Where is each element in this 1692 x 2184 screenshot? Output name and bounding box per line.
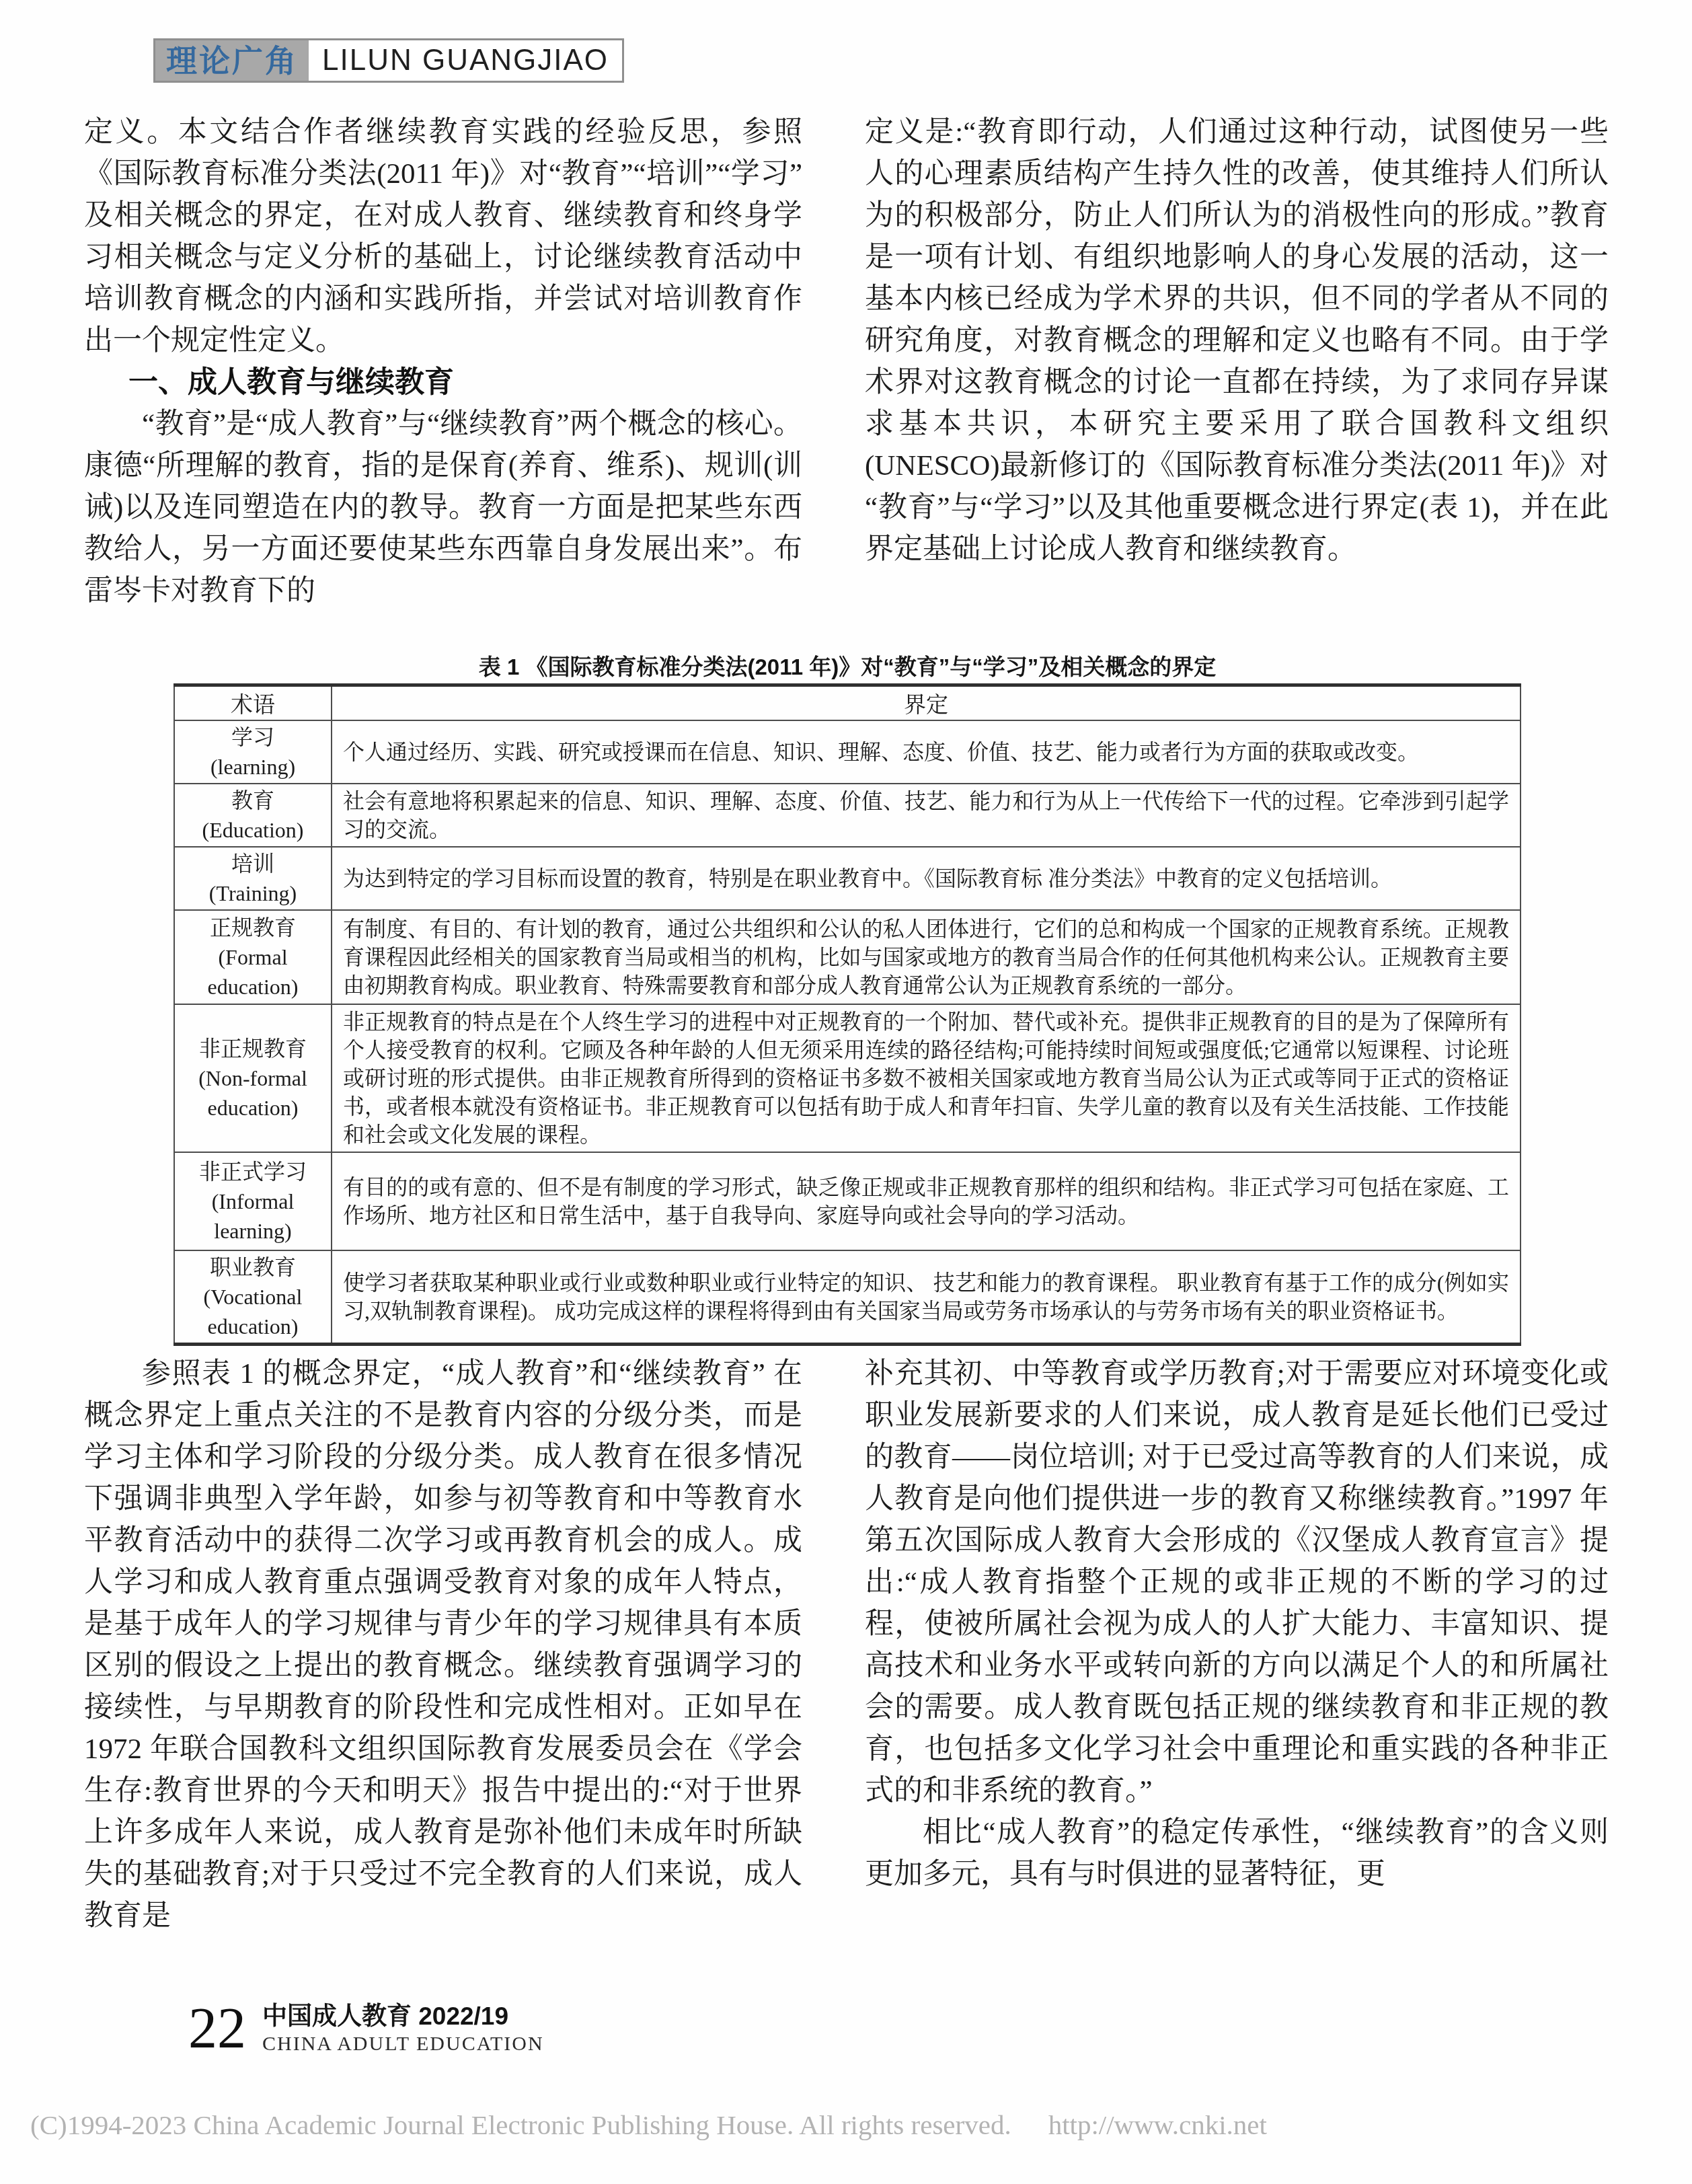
term-cell: 职业教育 (Vocational education) bbox=[174, 1250, 332, 1345]
term-english: (Education) bbox=[178, 815, 328, 845]
table-row: 正规教育 (Formal education) 有制度、有目的、有计划的教育，通… bbox=[174, 910, 1521, 1004]
journal-page: 理论广角 LILUN GUANGJIAO 定义。本文结合作者继续教育实践的经验反… bbox=[0, 0, 1692, 2184]
body-paragraph: 相比“成人教育”的稳定传承性，“继续教育”的含义则更加多元，具有与时俱进的显著特… bbox=[865, 1812, 1609, 1895]
table-header-term: 术语 bbox=[174, 685, 332, 721]
body-paragraph: 参照表 1 的概念界定，“成人教育”和“继续教育” 在概念界定上重点关注的不是教… bbox=[84, 1353, 802, 1937]
column-top-right: 定义是:“教育即行动，人们通过这种行动，试图使另一些人的心理素质结构产生持久性的… bbox=[865, 112, 1609, 570]
table-row: 职业教育 (Vocational education) 使学习者获取某种职业或行… bbox=[174, 1250, 1521, 1345]
table-caption: 表 1 《国际教育标准分类法(2011 年)》对“教育”与“学习”及相关概念的界… bbox=[174, 650, 1521, 681]
definition-cell: 有目的的或有意的、但不是有制度的学习形式，缺乏像正规或非正规教育那样的组织和结构… bbox=[332, 1152, 1521, 1250]
body-paragraph: 定义是:“教育即行动，人们通过这种行动，试图使另一些人的心理素质结构产生持久性的… bbox=[865, 112, 1609, 570]
term-chinese: 非正式学习 bbox=[178, 1157, 328, 1187]
table-row: 非正式学习 (Informal learning) 有目的的或有意的、但不是有制… bbox=[174, 1152, 1521, 1250]
term-chinese: 培训 bbox=[178, 849, 328, 878]
term-english: (Formal education) bbox=[178, 942, 328, 1002]
copyright-text: (C)1994-2023 China Academic Journal Elec… bbox=[30, 2108, 1011, 2142]
section-heading: 一、成人教育与继续教育 bbox=[84, 362, 802, 404]
journal-title-chinese: 中国成人教育 2022/19 bbox=[262, 2002, 544, 2031]
definition-cell: 社会有意地将积累起来的信息、知识、理解、态度、价值、技艺、能力和行为从上一代传给… bbox=[332, 784, 1521, 847]
definitions-table: 术语 界定 学习 (learning) 个人通过经历、实践、研究或授课而在信息、… bbox=[174, 683, 1521, 1346]
term-cell: 非正式学习 (Informal learning) bbox=[174, 1152, 332, 1250]
table-row: 学习 (learning) 个人通过经历、实践、研究或授课而在信息、知识、理解、… bbox=[174, 720, 1521, 784]
term-english: (learning) bbox=[178, 752, 328, 782]
term-cell: 培训 (Training) bbox=[174, 847, 332, 910]
term-chinese: 学习 bbox=[178, 722, 328, 752]
table-header-definition: 界定 bbox=[332, 685, 1521, 721]
body-paragraph: “教育”是“成人教育”与“继续教育”两个概念的核心。康德“所理解的教育，指的是保… bbox=[84, 404, 802, 612]
definition-cell: 个人通过经历、实践、研究或授课而在信息、知识、理解、态度、价值、技艺、能力或者行… bbox=[332, 720, 1521, 784]
term-cell: 非正规教育 (Non-formal education) bbox=[174, 1004, 332, 1152]
term-chinese: 职业教育 bbox=[178, 1252, 328, 1282]
abstract-continuation-paragraph: 定义。本文结合作者继续教育实践的经验反思，参照《国际教育标准分类法(2011 年… bbox=[84, 112, 802, 362]
term-chinese: 正规教育 bbox=[178, 913, 328, 942]
cnki-url: http://www.cnki.net bbox=[1048, 2108, 1267, 2142]
term-english: (Non-formal education) bbox=[178, 1063, 328, 1123]
section-badge: 理论广角 LILUN GUANGJIAO bbox=[153, 38, 624, 83]
definition-cell: 非正规教育的特点是在个人终生学习的进程中对正规教育的一个附加、替代或补充。提供非… bbox=[332, 1004, 1521, 1152]
table-row: 培训 (Training) 为达到特定的学习目标而设置的教育，特别是在职业教育中… bbox=[174, 847, 1521, 910]
copyright-line: (C)1994-2023 China Academic Journal Elec… bbox=[30, 2108, 1267, 2142]
term-english: (Informal learning) bbox=[178, 1187, 328, 1246]
body-paragraph: 补充其初、中等教育或学历教育;对于需要应对环境变化或职业发展新要求的人们来说，成… bbox=[865, 1353, 1609, 1812]
column-bottom-left: 参照表 1 的概念界定，“成人教育”和“继续教育” 在概念界定上重点关注的不是教… bbox=[84, 1353, 802, 1937]
page-footer: 22 中国成人教育 2022/19 CHINA ADULT EDUCATION bbox=[188, 1999, 544, 2057]
page-number: 22 bbox=[188, 1999, 246, 2057]
column-bottom-right: 补充其初、中等教育或学历教育;对于需要应对环境变化或职业发展新要求的人们来说，成… bbox=[865, 1353, 1609, 1895]
definition-cell: 使学习者获取某种职业或行业或数种职业或行业特定的知识、 技艺和能力的教育课程。 … bbox=[332, 1250, 1521, 1345]
section-badge-pinyin: LILUN GUANGJIAO bbox=[309, 40, 622, 81]
term-cell: 正规教育 (Formal education) bbox=[174, 910, 332, 1004]
term-english: (Vocational education) bbox=[178, 1282, 328, 1341]
term-english: (Training) bbox=[178, 878, 328, 908]
term-chinese: 非正规教育 bbox=[178, 1034, 328, 1063]
definition-cell: 为达到特定的学习目标而设置的教育，特别是在职业教育中。《国际教育标 准分类法》中… bbox=[332, 847, 1521, 910]
term-cell: 学习 (learning) bbox=[174, 720, 332, 784]
term-chinese: 教育 bbox=[178, 786, 328, 815]
journal-title-english: CHINA ADULT EDUCATION bbox=[262, 2031, 544, 2057]
table-header-row: 术语 界定 bbox=[174, 685, 1521, 721]
journal-title-block: 中国成人教育 2022/19 CHINA ADULT EDUCATION bbox=[262, 1999, 544, 2057]
column-top-left: 定义。本文结合作者继续教育实践的经验反思，参照《国际教育标准分类法(2011 年… bbox=[84, 112, 802, 612]
definition-cell: 有制度、有目的、有计划的教育，通过公共组织和公认的私人团体进行，它们的总和构成一… bbox=[332, 910, 1521, 1004]
section-badge-chinese: 理论广角 bbox=[155, 40, 309, 81]
table-row: 非正规教育 (Non-formal education) 非正规教育的特点是在个… bbox=[174, 1004, 1521, 1152]
term-cell: 教育 (Education) bbox=[174, 784, 332, 847]
table-row: 教育 (Education) 社会有意地将积累起来的信息、知识、理解、态度、价值… bbox=[174, 784, 1521, 847]
